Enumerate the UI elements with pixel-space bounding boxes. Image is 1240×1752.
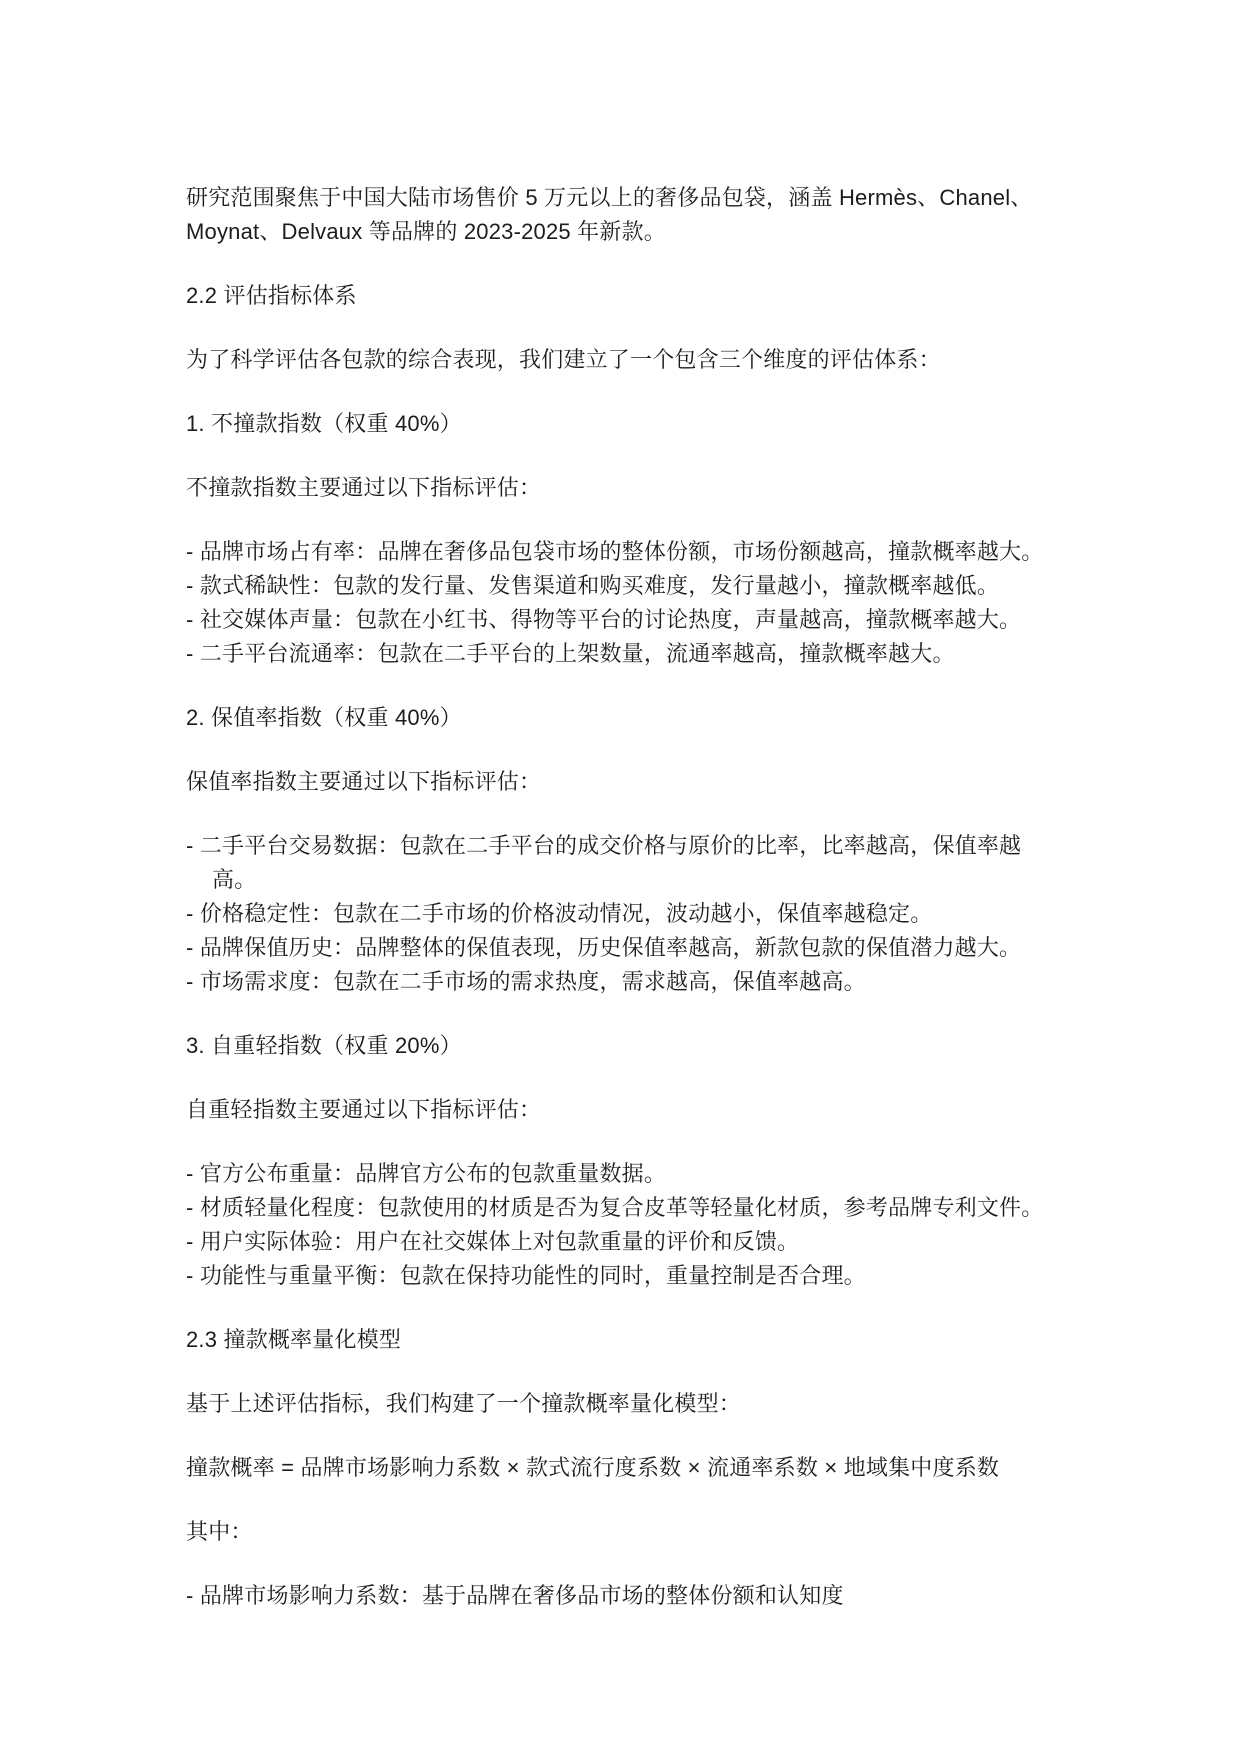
- section-heading-2-3: 2.3 撞款概率量化模型: [186, 1323, 1058, 1357]
- bullet-item: - 二手平台交易数据：包款在二手平台的成交价格与原价的比率，比率越高，保值率越高…: [186, 829, 1058, 897]
- index3-intro: 自重轻指数主要通过以下指标评估：: [186, 1093, 1058, 1127]
- index1-heading: 1. 不撞款指数（权重 40%）: [186, 407, 1058, 441]
- index3-heading: 3. 自重轻指数（权重 20%）: [186, 1029, 1058, 1063]
- index1-bullet-list: - 品牌市场占有率：品牌在奢侈品包袋市场的整体份额，市场份额越高，撞款概率越大。…: [186, 535, 1058, 671]
- model-intro: 基于上述评估指标，我们构建了一个撞款概率量化模型：: [186, 1387, 1058, 1421]
- formula-line: 撞款概率 = 品牌市场影响力系数 × 款式流行度系数 × 流通率系数 × 地域集…: [186, 1451, 1058, 1485]
- among-label: 其中：: [186, 1515, 1058, 1549]
- bullet-item: - 社交媒体声量：包款在小红书、得物等平台的讨论热度，声量越高，撞款概率越大。: [186, 603, 1058, 637]
- document-page: 研究范围聚焦于中国大陆市场售价 5 万元以上的奢侈品包袋，涵盖 Hermès、C…: [0, 0, 1240, 1752]
- intro-paragraph: 研究范围聚焦于中国大陆市场售价 5 万元以上的奢侈品包袋，涵盖 Hermès、C…: [186, 181, 1058, 249]
- index2-intro: 保值率指数主要通过以下指标评估：: [186, 765, 1058, 799]
- bullet-item: - 品牌保值历史：品牌整体的保值表现，历史保值率越高，新款包款的保值潜力越大。: [186, 931, 1058, 965]
- factor-list: - 品牌市场影响力系数：基于品牌在奢侈品市场的整体份额和认知度: [186, 1579, 1058, 1613]
- index2-bullet-list: - 二手平台交易数据：包款在二手平台的成交价格与原价的比率，比率越高，保值率越高…: [186, 829, 1058, 999]
- bullet-item: - 功能性与重量平衡：包款在保持功能性的同时，重量控制是否合理。: [186, 1259, 1058, 1293]
- bullet-item: - 款式稀缺性：包款的发行量、发售渠道和购买难度，发行量越小，撞款概率越低。: [186, 569, 1058, 603]
- index1-intro: 不撞款指数主要通过以下指标评估：: [186, 471, 1058, 505]
- intro-line-1: 研究范围聚焦于中国大陆市场售价 5 万元以上的奢侈品包袋，涵盖 Hermès、C…: [186, 181, 1058, 215]
- factor-item: - 品牌市场影响力系数：基于品牌在奢侈品市场的整体份额和认知度: [186, 1579, 1058, 1613]
- bullet-item: - 二手平台流通率：包款在二手平台的上架数量，流通率越高，撞款概率越大。: [186, 637, 1058, 671]
- document-content: 研究范围聚焦于中国大陆市场售价 5 万元以上的奢侈品包袋，涵盖 Hermès、C…: [186, 181, 1058, 1643]
- section-heading-2-2: 2.2 评估指标体系: [186, 279, 1058, 313]
- bullet-item: - 材质轻量化程度：包款使用的材质是否为复合皮革等轻量化材质，参考品牌专利文件。: [186, 1191, 1058, 1225]
- index2-heading: 2. 保值率指数（权重 40%）: [186, 701, 1058, 735]
- overview-paragraph: 为了科学评估各包款的综合表现，我们建立了一个包含三个维度的评估体系：: [186, 343, 1058, 377]
- index3-bullet-list: - 官方公布重量：品牌官方公布的包款重量数据。 - 材质轻量化程度：包款使用的材…: [186, 1157, 1058, 1293]
- bullet-item: - 品牌市场占有率：品牌在奢侈品包袋市场的整体份额，市场份额越高，撞款概率越大。: [186, 535, 1058, 569]
- bullet-item: - 价格稳定性：包款在二手市场的价格波动情况，波动越小，保值率越稳定。: [186, 897, 1058, 931]
- bullet-item: - 用户实际体验：用户在社交媒体上对包款重量的评价和反馈。: [186, 1225, 1058, 1259]
- bullet-item: - 官方公布重量：品牌官方公布的包款重量数据。: [186, 1157, 1058, 1191]
- intro-line-2: Moynat、Delvaux 等品牌的 2023-2025 年新款。: [186, 215, 1058, 249]
- bullet-item: - 市场需求度：包款在二手市场的需求热度，需求越高，保值率越高。: [186, 965, 1058, 999]
